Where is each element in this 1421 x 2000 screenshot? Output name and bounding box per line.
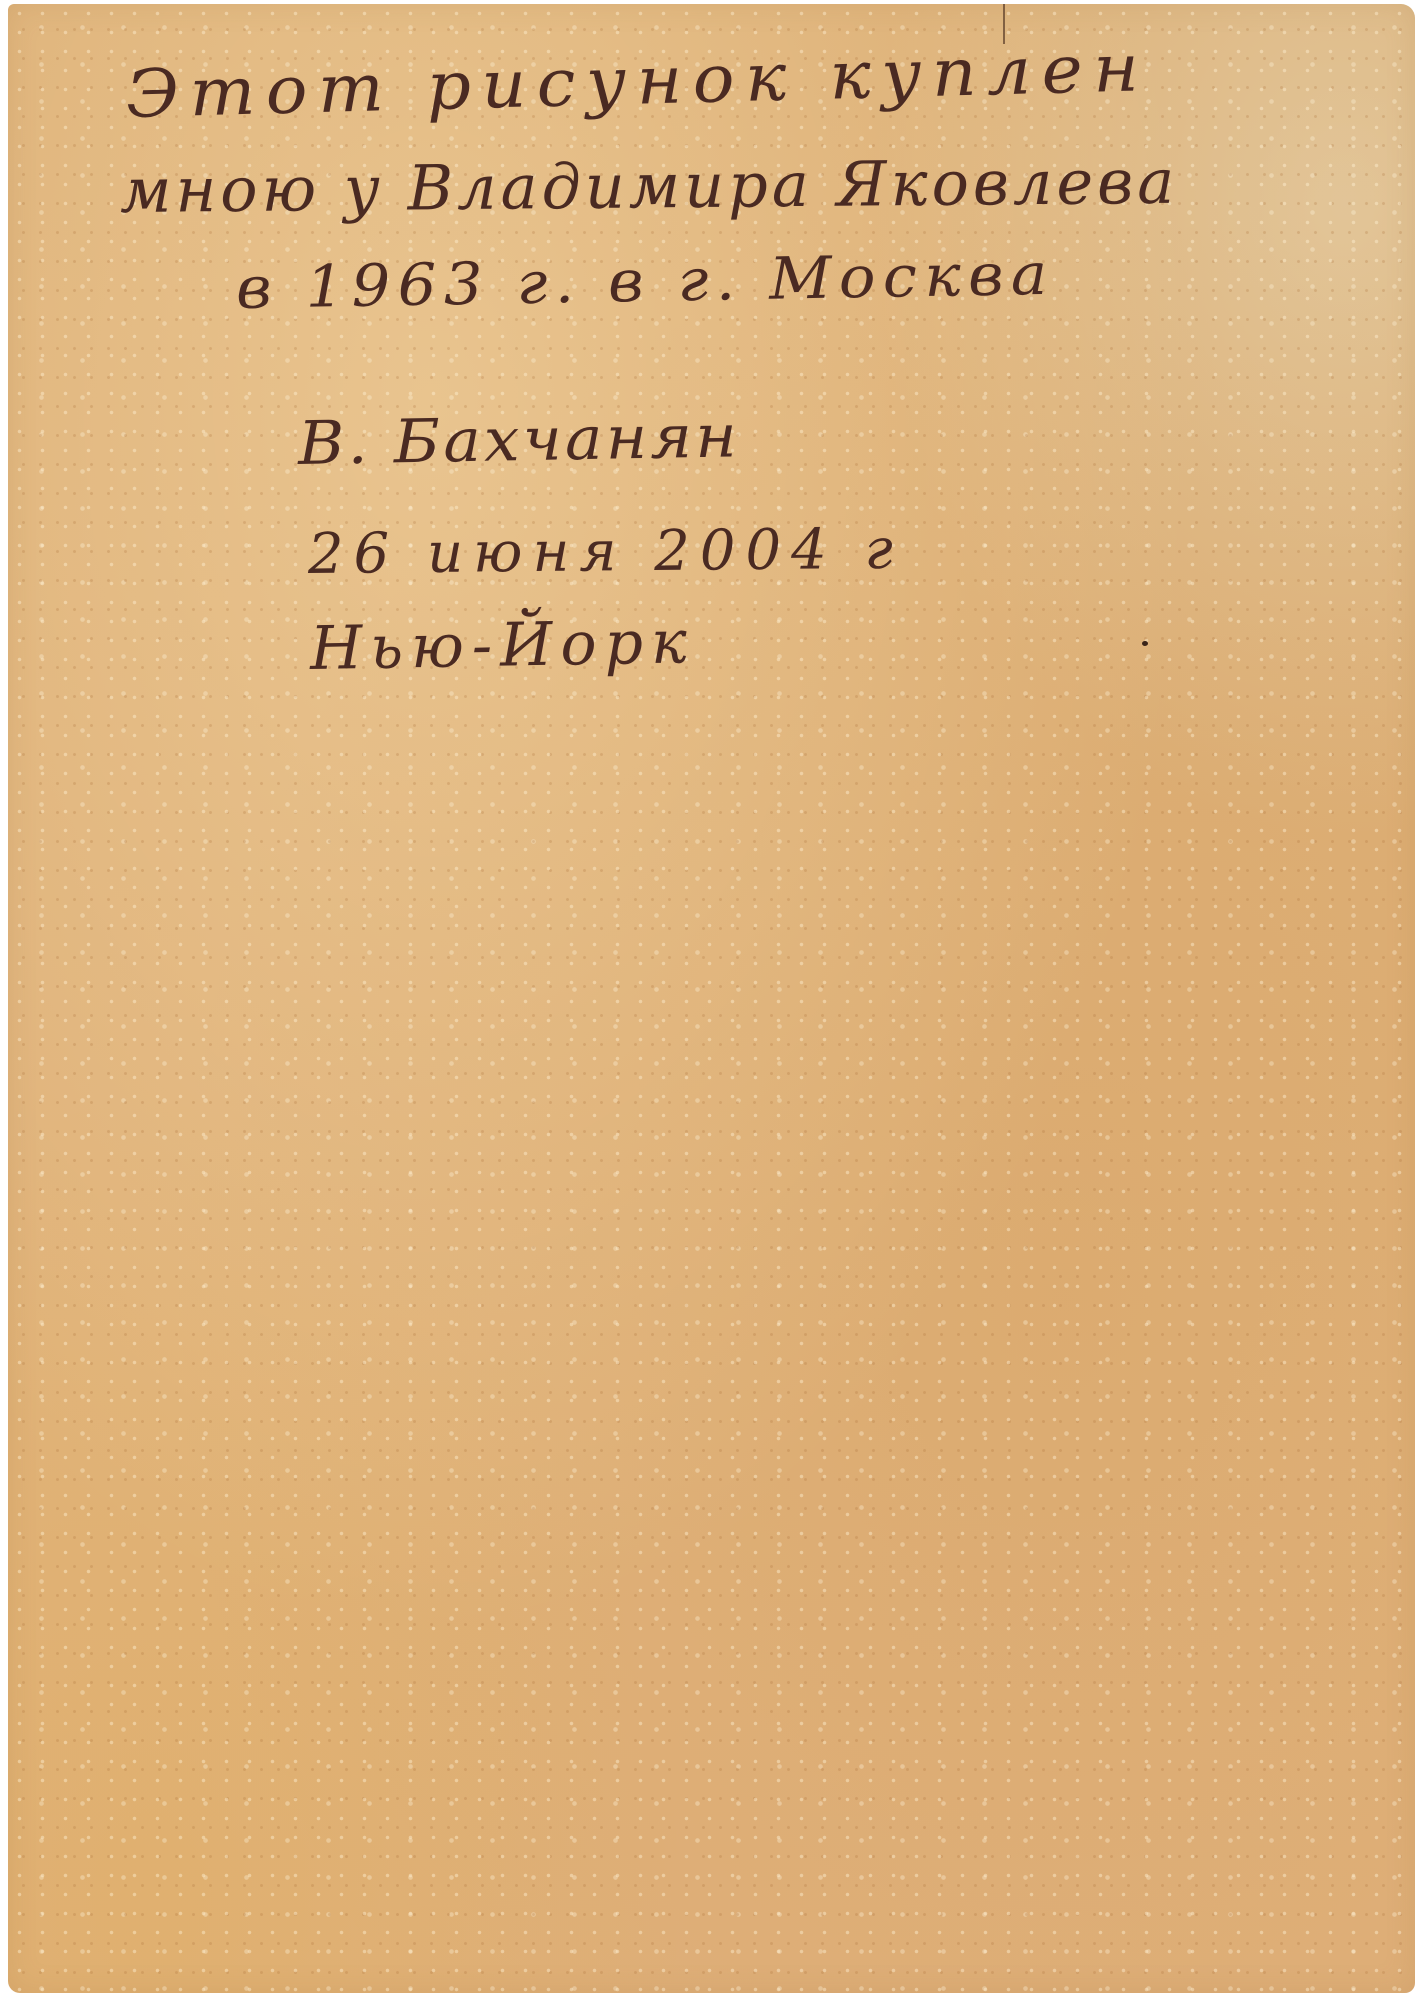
signature: В. Бахчанян bbox=[297, 401, 740, 479]
cardboard-sheet: Этот рисунок куплен мною у Владимира Яко… bbox=[8, 4, 1415, 1993]
signature-place: Нью-Йорк bbox=[309, 607, 695, 684]
inscription-line-1: Этот рисунок куплен bbox=[125, 29, 1150, 133]
signature-date: 26 июня 2004 г bbox=[308, 517, 903, 587]
inscription-line-2: мною у Владимира Яковлева bbox=[120, 145, 1179, 227]
inscription-line-3: в 1963 г. в г. Москва bbox=[235, 240, 1055, 322]
ink-dot bbox=[1142, 641, 1148, 646]
